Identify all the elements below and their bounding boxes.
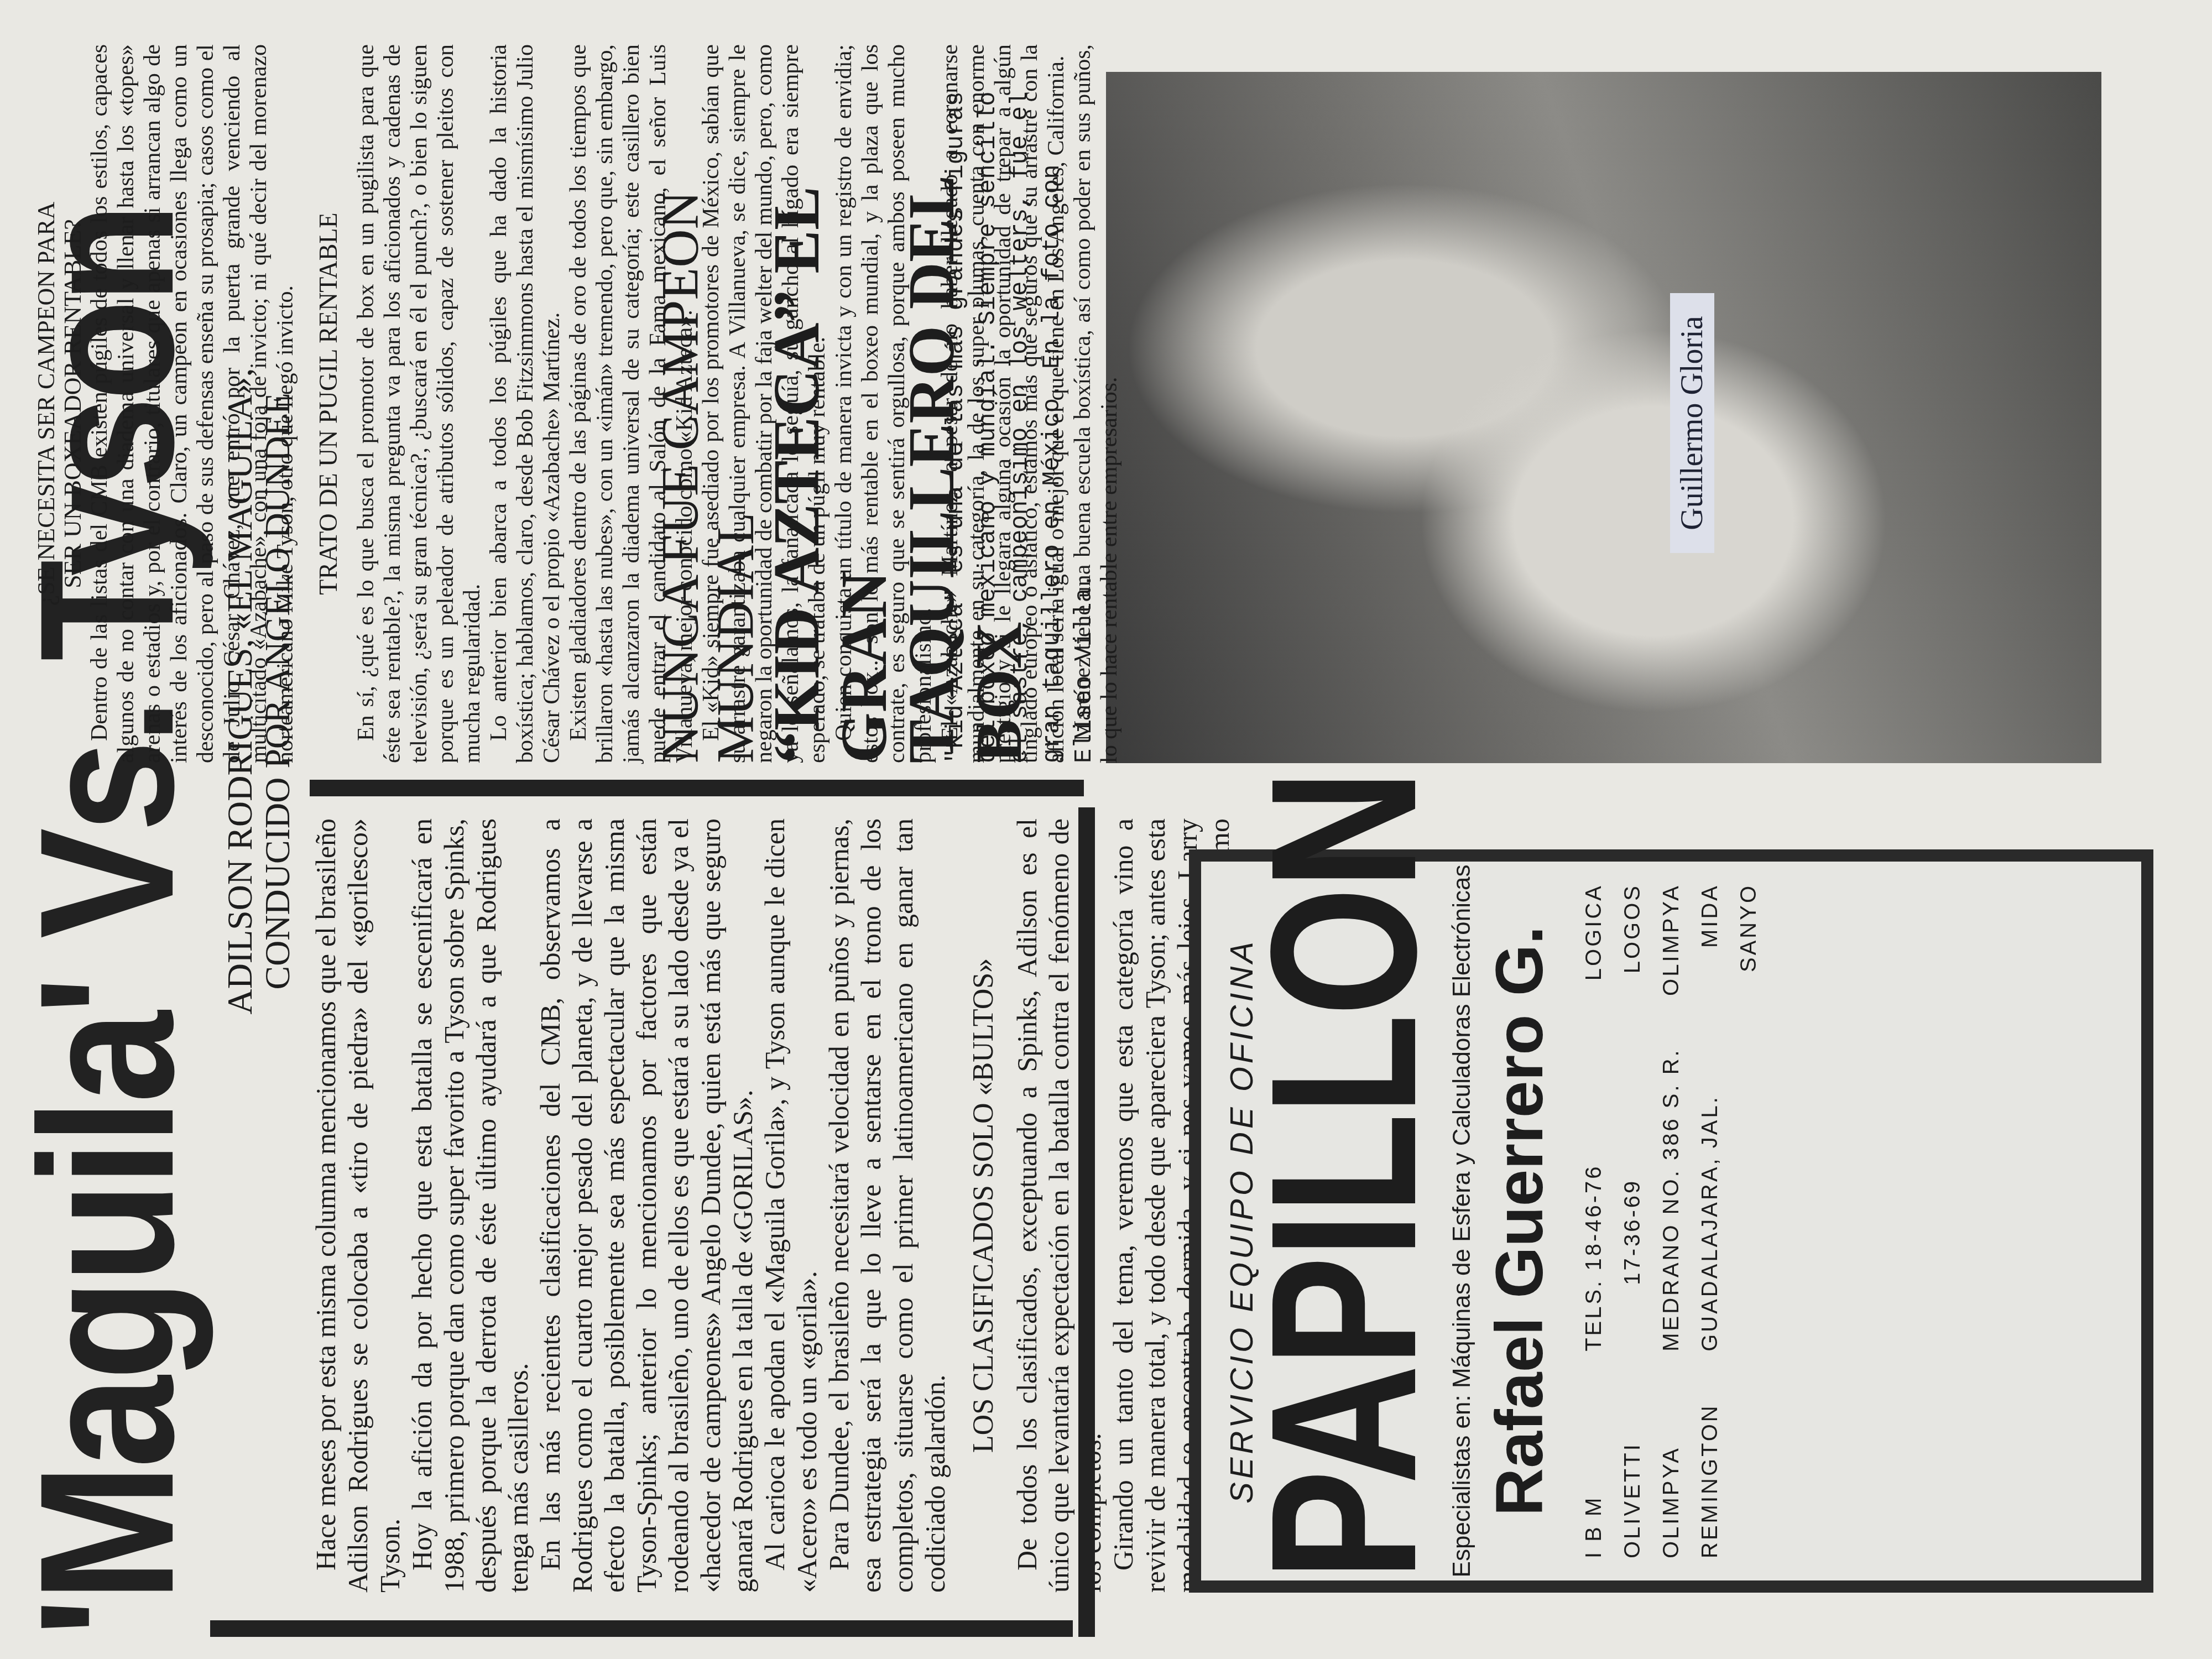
newspaper-page: 'Maguila' Vs. Tyson ADILSON RODRIGUES, «… bbox=[0, 0, 2212, 1659]
column-rule bbox=[210, 1620, 1073, 1637]
ad-brands-left: I B M OLIVETTI OLIMPYA REMINGTON bbox=[1574, 1404, 1768, 1558]
paragraph: Hoy la afición da por hecho que esta bat… bbox=[406, 818, 534, 1593]
ad-brand-item: REMINGTON bbox=[1691, 1404, 1729, 1558]
column-rule bbox=[310, 780, 1084, 796]
ad-brand-item: OLIVETTI bbox=[1613, 1404, 1652, 1558]
ad-brand-item: OLIMPYA bbox=[1652, 1404, 1691, 1558]
ad-details: I B M OLIVETTI OLIMPYA REMINGTON TELS. 1… bbox=[1574, 884, 1768, 1558]
name-sticker: Guillermo Gloria bbox=[1670, 293, 1714, 553]
section-title: LOS CLASIFICADOS SOLO «BULTOS» bbox=[968, 818, 1000, 1593]
paragraph: Dentro de las listas del CMB existen púg… bbox=[86, 44, 299, 763]
kid-subhead-line: SER UN BOXEADOR RENTABLE? bbox=[60, 44, 86, 763]
ad-brand-item: LOGICA bbox=[1574, 884, 1613, 996]
boxers-photo bbox=[1106, 72, 2101, 763]
kid-subhead: ¿SE NECESITA SER CAMPEON PARA SER UN BOX… bbox=[33, 44, 86, 763]
ad-brand-item: OLIMPYA bbox=[1652, 884, 1691, 996]
paragraph: Para Dundee, el brasileño necesitará vel… bbox=[823, 818, 951, 1593]
paragraph: El «Azabache» Martínez, a pesar de no ha… bbox=[937, 44, 1070, 763]
paragraph: Martínez tiene una buena escuela boxísti… bbox=[1070, 44, 1123, 763]
ad-owner: Rafael Guerrero G. bbox=[1481, 862, 1558, 1580]
paragraph: El «Kid» siempre fue asediado por los pr… bbox=[698, 44, 831, 763]
ad-phone: 18-46-76 bbox=[1582, 1164, 1606, 1270]
kid-subhead-line: ¿SE NECESITA SER CAMPEON PARA bbox=[33, 44, 60, 763]
ad-brand: PAPILLON bbox=[1240, 862, 1447, 1580]
ad-phone: 17-36-69 bbox=[1613, 1048, 1652, 1352]
ad-contact: TELS. 18-46-76 17-36-69 MEDRANO NO. 386 … bbox=[1574, 1048, 1768, 1352]
paragraph: En sí, ¿qué es lo que busca el promotor … bbox=[353, 44, 486, 763]
section-rule bbox=[1078, 807, 1095, 1637]
ad-brand-item: SANYO bbox=[1729, 884, 1768, 996]
papillon-advertisement: SERVICIO EQUIPO DE OFICINA PAPILLON Espe… bbox=[1189, 849, 2153, 1593]
ad-phones-label: TELS. bbox=[1582, 1279, 1606, 1352]
ad-brand-item: LOGOS bbox=[1613, 884, 1652, 996]
paragraph: Existen gladiadores dentro de las página… bbox=[565, 44, 698, 763]
paragraph: En las más recientes clasificaciones del… bbox=[534, 818, 759, 1593]
ad-address-line: MEDRANO NO. 386 S. R. bbox=[1652, 1048, 1691, 1352]
ad-brand-item: I B M bbox=[1574, 1404, 1613, 1558]
paragraph: Lo anterior bien abarca a todos los púgi… bbox=[486, 44, 565, 763]
section-title: TRATO DE UN PUGIL RENTABLE bbox=[315, 44, 342, 763]
paragraph: Al carioca le apodan el «Maguila Gorila»… bbox=[759, 818, 823, 1593]
ad-address-line: GUADALAJARA, JAL. bbox=[1691, 1048, 1729, 1352]
ad-brands-right: LOGICA LOGOS OLIMPYA MIDA SANYO bbox=[1574, 884, 1768, 996]
paragraph: Hace meses por esta misma columna mencio… bbox=[310, 818, 406, 1593]
kid-article-body: ¿SE NECESITA SER CAMPEON PARA SER UN BOX… bbox=[22, 44, 1123, 763]
main-article-body: Hace meses por esta misma columna mencio… bbox=[310, 818, 1267, 1593]
paragraph: Quien conquista un título de manera invi… bbox=[831, 44, 937, 763]
ad-brand-item: MIDA bbox=[1691, 884, 1729, 996]
